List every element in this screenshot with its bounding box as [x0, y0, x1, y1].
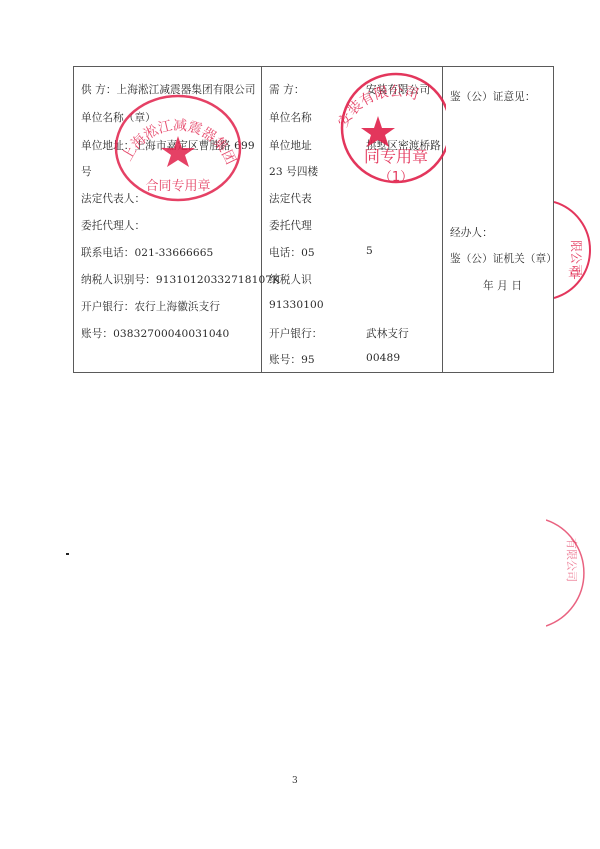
buyer-legal-rep: 法定代表 [269, 191, 312, 206]
notary-column: 鉴（公）证意见： 经办人： 鉴（公）证机关（章） 年 月 日 [443, 67, 553, 372]
scan-speck [66, 553, 69, 555]
notary-handler: 经办人： [450, 225, 493, 240]
buyer-address-tail: 拱墅区密渡桥路 [366, 138, 441, 153]
supplier-account: 账号：03832700040031040 [81, 326, 229, 341]
svg-text:有限公司: 有限公司 [565, 538, 578, 582]
svg-text:限公司: 限公司 [569, 240, 583, 276]
buyer-party-label: 需 方： [269, 82, 305, 97]
supplier-party: 供 方：上海淞江减震器集团有限公司 [81, 82, 256, 97]
buyer-address-label: 单位地址 [269, 138, 312, 153]
buyer-tax-id-head: 91330100 [269, 299, 324, 311]
notary-date: 年 月 日 [483, 278, 522, 293]
buyer-account-tail: 00489 [366, 352, 400, 364]
buyer-address-cont: 23 号四楼 [269, 164, 318, 179]
notary-opinion: 鉴（公）证意见： [450, 89, 536, 104]
buyer-account-head: 账号：95 [269, 352, 315, 367]
buyer-phone-head: 电话：05 [269, 245, 315, 260]
supplier-address: 单位地址：上海市嘉定区曹胜路 699 [81, 138, 255, 153]
supplier-agent: 委托代理人： [81, 218, 145, 233]
buyer-tax-id-label: 纳税人识 [269, 272, 312, 287]
buyer-bank-label: 开户银行： [269, 326, 322, 341]
supplier-column: 供 方：上海淞江减震器集团有限公司 单位名称（章） 单位地址：上海市嘉定区曹胜路… [74, 67, 262, 372]
supplier-unit-name: 单位名称（章） [81, 110, 156, 125]
buyer-phone-tail: 5 [366, 245, 373, 257]
notary-authority: 鉴（公）证机关（章） [450, 251, 557, 266]
edge-seal-stamp-1: 限公司 章 [554, 200, 600, 300]
supplier-phone: 联系电话：021-33666665 [81, 245, 213, 260]
buyer-party-tail: 安装有限公司 [366, 82, 430, 97]
supplier-tax-id: 纳税人识别号：91310120332718107K [81, 272, 280, 287]
edge-seal-stamp-2: 有限公司 [546, 518, 600, 628]
page-number: 3 [292, 776, 298, 786]
supplier-bank: 开户银行：农行上海徽浜支行 [81, 299, 220, 314]
supplier-legal-rep: 法定代表人： [81, 191, 145, 206]
buyer-bank-tail: 武林支行 [366, 326, 409, 341]
buyer-unit-name: 单位名称 [269, 110, 312, 125]
svg-text:章: 章 [568, 266, 581, 282]
contract-signature-table: 供 方：上海淞江减震器集团有限公司 单位名称（章） 单位地址：上海市嘉定区曹胜路… [73, 66, 554, 373]
buyer-agent: 委托代理 [269, 218, 312, 233]
supplier-address-cont: 号 [81, 164, 92, 179]
buyer-column: 需 方： 安装有限公司 单位名称 单位地址 拱墅区密渡桥路 23 号四楼 法定代… [262, 67, 443, 372]
